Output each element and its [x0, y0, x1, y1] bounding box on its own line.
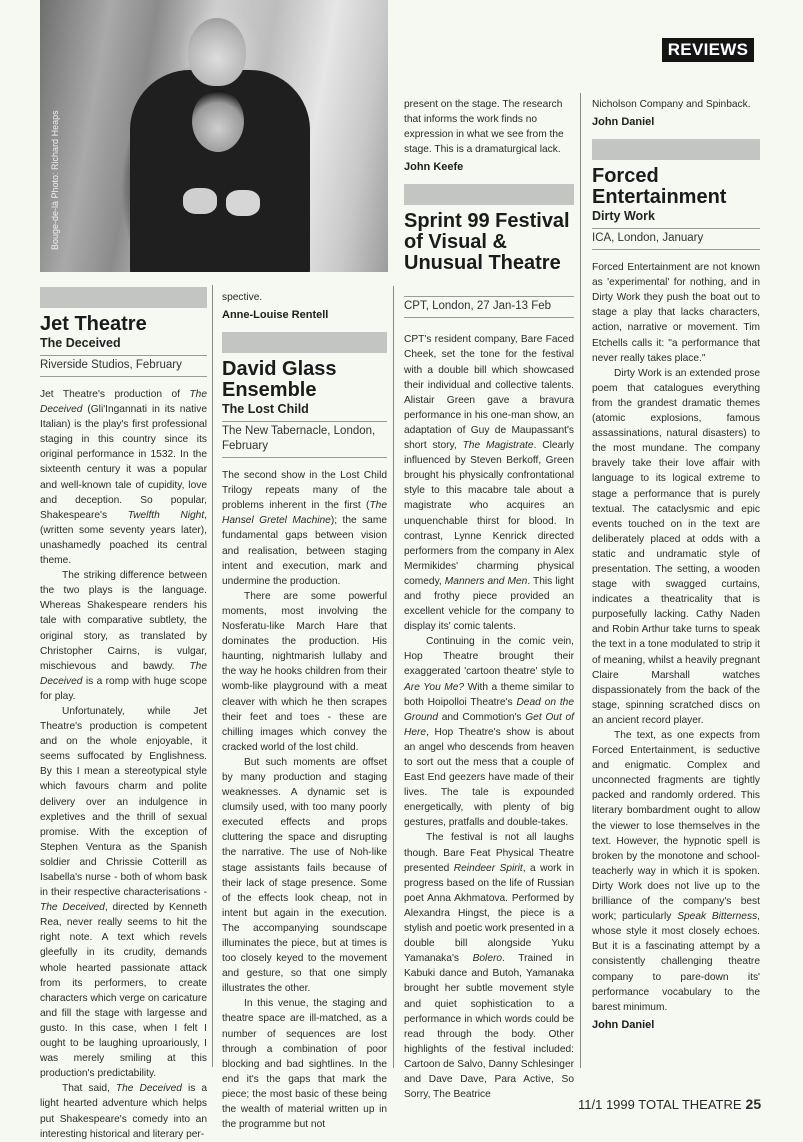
paragraph: The festival is not all laughs though. B…: [404, 830, 574, 1102]
section-divider-bar: [40, 287, 207, 308]
paragraph: But such moments are offset by many prod…: [222, 755, 387, 997]
review-author: John Daniel: [592, 1017, 760, 1033]
paragraph: Continuing in the comic vein, Hop Theatr…: [404, 634, 574, 830]
paragraph: Forced Entertainment are not known as 'e…: [592, 260, 760, 366]
column-2: spective. Anne-Louise Rentell David Glas…: [222, 290, 387, 1132]
section-divider-bar: [592, 139, 760, 160]
review-title: Forced Entertainment: [592, 166, 760, 208]
review-venue: ICA, London, January: [592, 228, 760, 250]
paragraph: The second show in the Lost Child Trilog…: [222, 468, 387, 589]
section-badge: REVIEWS: [662, 38, 754, 62]
column-4: Nicholson Company and Spinback. John Dan…: [592, 97, 760, 1042]
column-rule: [212, 285, 213, 1067]
continued-text: present on the stage. The research that …: [404, 97, 574, 157]
paragraph: In this venue, the staging and theatre s…: [222, 996, 387, 1132]
paragraph: That said, The Deceived is a light heart…: [40, 1081, 207, 1141]
paragraph: Unfortunately, while Jet Theatre's produ…: [40, 704, 207, 1081]
review-subtitle: The Deceived: [40, 335, 207, 352]
photo-figure-head-top: [188, 18, 246, 86]
photo-figure-hand-left: [183, 188, 217, 214]
review-title: Sprint 99 Festival of Visual & Unusual T…: [404, 211, 574, 274]
continued-text: spective.: [222, 290, 387, 305]
photo-credit: Bouge-de-là Photo: Richard Heaps: [50, 110, 60, 250]
review-author: John Keefe: [404, 159, 574, 175]
review-subtitle: Dirty Work: [592, 208, 760, 225]
review-venue: Riverside Studios, February: [40, 355, 207, 377]
review-author: John Daniel: [592, 114, 760, 130]
review-title: David Glass Ensemble: [222, 359, 387, 401]
section-divider-bar: [404, 184, 574, 205]
paragraph: The striking difference between the two …: [40, 568, 207, 704]
review-title: Jet Theatre: [40, 314, 207, 335]
paragraph: CPT's resident company, Bare Faced Cheek…: [404, 332, 574, 634]
paragraph: Jet Theatre's production of The Deceived…: [40, 387, 207, 568]
paragraph: There are some powerful moments, most in…: [222, 589, 387, 755]
photo-figure-hand-right: [226, 190, 260, 216]
paragraph: Dirty Work is an extended prose poem tha…: [592, 366, 760, 728]
issue-label: 11/1 1999 TOTAL THEATRE: [578, 1097, 742, 1112]
review-subtitle: The Lost Child: [222, 401, 387, 418]
column-3: present on the stage. The research that …: [404, 97, 574, 1102]
continued-text: Nicholson Company and Spinback.: [592, 97, 760, 112]
photo-figure-head-middle: [192, 90, 244, 152]
page-number: 25: [746, 1096, 762, 1112]
column-rule: [393, 286, 394, 1068]
review-venue: The New Tabernacle, London, February: [222, 421, 387, 458]
production-photo: Bouge-de-là Photo: Richard Heaps: [40, 0, 388, 272]
review-venue: CPT, London, 27 Jan-13 Feb: [404, 296, 574, 318]
column-1: Jet Theatre The Deceived Riverside Studi…: [40, 287, 207, 1142]
column-rule: [580, 93, 581, 1068]
review-author: Anne-Louise Rentell: [222, 307, 387, 323]
section-divider-bar: [222, 332, 387, 353]
paragraph: The text, as one expects from Forced Ent…: [592, 728, 760, 1015]
page-footer: 11/1 1999 TOTAL THEATRE25: [578, 1096, 761, 1112]
